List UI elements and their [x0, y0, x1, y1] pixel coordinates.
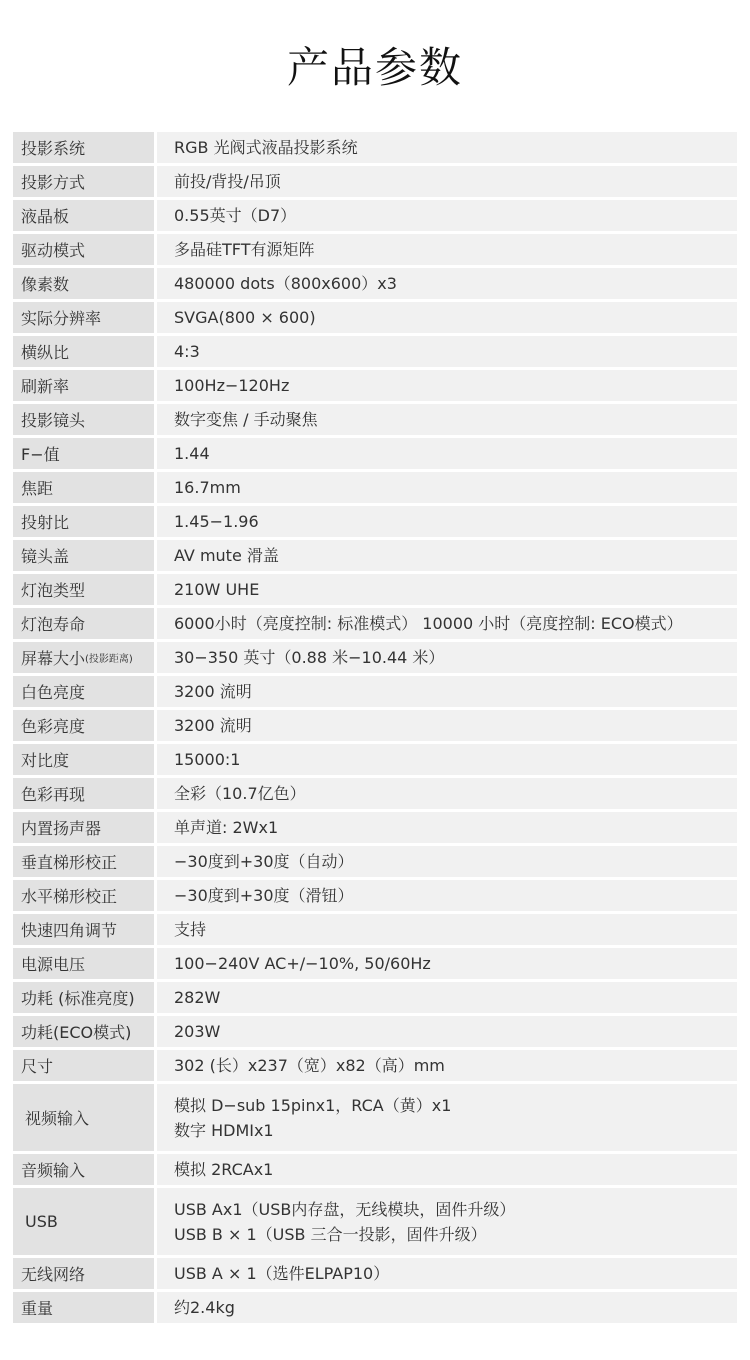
- spec-value-line: 4:3: [174, 339, 737, 364]
- spec-row: 投影镜头数字变焦 / 手动聚焦: [13, 404, 737, 435]
- spec-value: 约2.4kg: [157, 1292, 737, 1323]
- spec-label: 快速四角调节: [13, 914, 154, 945]
- spec-value: USB A × 1（选件ELPAP10）: [157, 1258, 737, 1289]
- spec-label-text: 功耗(ECO模式): [21, 1020, 131, 1043]
- spec-label: 刷新率: [13, 370, 154, 401]
- spec-value-line: 100Hz−120Hz: [174, 373, 737, 398]
- spec-value: 100Hz−120Hz: [157, 370, 737, 401]
- spec-row: 横纵比4:3: [13, 336, 737, 367]
- spec-label: 功耗(ECO模式): [13, 1016, 154, 1047]
- spec-value-line: 单声道: 2Wx1: [174, 815, 737, 840]
- spec-value-line: 6000小时（亮度控制: 标准模式） 10000 小时（亮度控制: ECO模式）: [174, 611, 737, 636]
- spec-row: 投影系统RGB 光阀式液晶投影系统: [13, 132, 737, 163]
- spec-label: 无线网络: [13, 1258, 154, 1289]
- spec-row: 像素数480000 dots（800x600）x3: [13, 268, 737, 299]
- spec-value: 1.44: [157, 438, 737, 469]
- spec-label-text: 水平梯形校正: [21, 884, 117, 907]
- spec-value-line: SVGA(800 × 600): [174, 305, 737, 330]
- spec-label-text: 白色亮度: [21, 680, 85, 703]
- spec-label: 尺寸: [13, 1050, 154, 1081]
- spec-value: SVGA(800 × 600): [157, 302, 737, 333]
- spec-row: 焦距16.7mm: [13, 472, 737, 503]
- spec-row: 对比度15000:1: [13, 744, 737, 775]
- spec-label: 内置扬声器: [13, 812, 154, 843]
- spec-label: 电源电压: [13, 948, 154, 979]
- spec-row: 电源电压100−240V AC+/−10%, 50/60Hz: [13, 948, 737, 979]
- spec-label-text: 视频输入: [25, 1106, 89, 1129]
- spec-label: 液晶板: [13, 200, 154, 231]
- spec-label-text: 对比度: [21, 748, 69, 771]
- spec-row: 屏幕大小(投影距离)30−350 英寸（0.88 米−10.44 米）: [13, 642, 737, 673]
- spec-value: 3200 流明: [157, 676, 737, 707]
- spec-label: 横纵比: [13, 336, 154, 367]
- spec-label: F−值: [13, 438, 154, 469]
- spec-value: 单声道: 2Wx1: [157, 812, 737, 843]
- spec-label: 驱动模式: [13, 234, 154, 265]
- spec-value: AV mute 滑盖: [157, 540, 737, 571]
- spec-label: 投射比: [13, 506, 154, 537]
- spec-value: RGB 光阀式液晶投影系统: [157, 132, 737, 163]
- spec-label-text: 音频输入: [21, 1158, 85, 1181]
- spec-table: 投影系统RGB 光阀式液晶投影系统投影方式前投/背投/吊顶液晶板0.55英寸（D…: [13, 132, 737, 1326]
- spec-value-line: 3200 流明: [174, 679, 737, 704]
- spec-label-text: 投影系统: [21, 136, 85, 159]
- spec-label-text: 屏幕大小: [21, 646, 85, 669]
- spec-label-text: 镜头盖: [21, 544, 69, 567]
- spec-value-line: 15000:1: [174, 747, 737, 772]
- spec-value-line: 0.55英寸（D7）: [174, 203, 737, 228]
- spec-value: 1.45−1.96: [157, 506, 737, 537]
- spec-label: 实际分辨率: [13, 302, 154, 333]
- spec-row: 内置扬声器单声道: 2Wx1: [13, 812, 737, 843]
- spec-value: 0.55英寸（D7）: [157, 200, 737, 231]
- spec-label-note: (投影距离): [85, 650, 133, 665]
- spec-row: 投影方式前投/背投/吊顶: [13, 166, 737, 197]
- spec-value-line: 1.45−1.96: [174, 509, 737, 534]
- spec-label-text: 色彩再现: [21, 782, 85, 805]
- spec-label: 焦距: [13, 472, 154, 503]
- spec-label-text: 横纵比: [21, 340, 69, 363]
- spec-value-line: 30−350 英寸（0.88 米−10.44 米）: [174, 645, 737, 670]
- spec-row: 白色亮度3200 流明: [13, 676, 737, 707]
- spec-value-line: 多晶硅TFT有源矩阵: [174, 237, 737, 262]
- spec-label-text: 快速四角调节: [21, 918, 117, 941]
- spec-value-line: USB B × 1（USB 三合一投影，固件升级）: [174, 1222, 737, 1247]
- spec-row: 色彩亮度3200 流明: [13, 710, 737, 741]
- spec-label: 投影镜头: [13, 404, 154, 435]
- spec-label-text: 投影镜头: [21, 408, 85, 431]
- spec-label-text: 重量: [21, 1296, 53, 1319]
- spec-label: 水平梯形校正: [13, 880, 154, 911]
- spec-value: 210W UHE: [157, 574, 737, 605]
- spec-label-text: 尺寸: [21, 1054, 53, 1077]
- spec-row: 尺寸302 (长）x237（宽）x82（高）mm: [13, 1050, 737, 1081]
- spec-value-line: AV mute 滑盖: [174, 543, 737, 568]
- spec-value: 模拟 2RCAx1: [157, 1154, 737, 1185]
- spec-value: 282W: [157, 982, 737, 1013]
- spec-row: 快速四角调节支持: [13, 914, 737, 945]
- spec-value-line: USB A × 1（选件ELPAP10）: [174, 1261, 737, 1286]
- spec-row: 液晶板0.55英寸（D7）: [13, 200, 737, 231]
- spec-value: 支持: [157, 914, 737, 945]
- spec-label: 对比度: [13, 744, 154, 775]
- spec-value-line: 支持: [174, 917, 737, 942]
- spec-value: 多晶硅TFT有源矩阵: [157, 234, 737, 265]
- spec-value: 3200 流明: [157, 710, 737, 741]
- spec-value-line: 1.44: [174, 441, 737, 466]
- spec-label-text: F−值: [21, 442, 60, 465]
- spec-label: 灯泡类型: [13, 574, 154, 605]
- spec-value: 480000 dots（800x600）x3: [157, 268, 737, 299]
- spec-value-line: 前投/背投/吊顶: [174, 169, 737, 194]
- spec-value: −30度到+30度（自动）: [157, 846, 737, 877]
- spec-label-text: 投影方式: [21, 170, 85, 193]
- spec-row: 功耗 (标准亮度)282W: [13, 982, 737, 1013]
- spec-value: 302 (长）x237（宽）x82（高）mm: [157, 1050, 737, 1081]
- spec-label-text: 刷新率: [21, 374, 69, 397]
- spec-value-line: 100−240V AC+/−10%, 50/60Hz: [174, 951, 737, 976]
- spec-label-text: 垂直梯形校正: [21, 850, 117, 873]
- spec-label: 重量: [13, 1292, 154, 1323]
- spec-value-line: 约2.4kg: [174, 1295, 737, 1320]
- spec-row: 音频输入模拟 2RCAx1: [13, 1154, 737, 1185]
- spec-row: 视频输入模拟 D−sub 15pinx1，RCA（黄）x1数字 HDMIx1: [13, 1084, 737, 1151]
- spec-row: 灯泡类型210W UHE: [13, 574, 737, 605]
- page-title: 产品参数: [0, 40, 750, 96]
- spec-value-line: 203W: [174, 1019, 737, 1044]
- spec-value: 16.7mm: [157, 472, 737, 503]
- spec-row: 重量约2.4kg: [13, 1292, 737, 1323]
- spec-row: 投射比1.45−1.96: [13, 506, 737, 537]
- spec-label: 灯泡寿命: [13, 608, 154, 639]
- spec-label-text: 实际分辨率: [21, 306, 101, 329]
- spec-value: 数字变焦 / 手动聚焦: [157, 404, 737, 435]
- spec-label-text: 电源电压: [21, 952, 85, 975]
- spec-label: 像素数: [13, 268, 154, 299]
- spec-label-text: 功耗 (标准亮度): [21, 986, 135, 1009]
- spec-label-text: USB: [25, 1212, 58, 1231]
- spec-value-line: 282W: [174, 985, 737, 1010]
- spec-value: 30−350 英寸（0.88 米−10.44 米）: [157, 642, 737, 673]
- spec-value: 4:3: [157, 336, 737, 367]
- spec-label-text: 内置扬声器: [21, 816, 101, 839]
- spec-row: 实际分辨率SVGA(800 × 600): [13, 302, 737, 333]
- spec-label-text: 焦距: [21, 476, 53, 499]
- spec-value-line: −30度到+30度（滑钮）: [174, 883, 737, 908]
- spec-value: 模拟 D−sub 15pinx1，RCA（黄）x1数字 HDMIx1: [157, 1084, 737, 1151]
- spec-value-line: 模拟 D−sub 15pinx1，RCA（黄）x1: [174, 1093, 737, 1118]
- spec-value-line: 210W UHE: [174, 577, 737, 602]
- spec-value-line: USB Ax1（USB内存盘，无线模块，固件升级）: [174, 1197, 737, 1222]
- spec-value-line: 16.7mm: [174, 475, 737, 500]
- spec-value: 203W: [157, 1016, 737, 1047]
- spec-label: 投影方式: [13, 166, 154, 197]
- spec-label: 屏幕大小(投影距离): [13, 642, 154, 673]
- spec-value-line: 全彩（10.7亿色）: [174, 781, 737, 806]
- spec-label: 音频输入: [13, 1154, 154, 1185]
- spec-value-line: 数字 HDMIx1: [174, 1118, 737, 1143]
- spec-row: 功耗(ECO模式)203W: [13, 1016, 737, 1047]
- spec-label: 色彩再现: [13, 778, 154, 809]
- spec-label: 白色亮度: [13, 676, 154, 707]
- spec-row: F−值1.44: [13, 438, 737, 469]
- spec-label-text: 液晶板: [21, 204, 69, 227]
- spec-row: 垂直梯形校正−30度到+30度（自动）: [13, 846, 737, 877]
- spec-value: −30度到+30度（滑钮）: [157, 880, 737, 911]
- spec-value-line: 480000 dots（800x600）x3: [174, 271, 737, 296]
- spec-label-text: 色彩亮度: [21, 714, 85, 737]
- spec-label-text: 像素数: [21, 272, 69, 295]
- spec-value-line: 302 (长）x237（宽）x82（高）mm: [174, 1053, 737, 1078]
- spec-row: 无线网络USB A × 1（选件ELPAP10）: [13, 1258, 737, 1289]
- spec-label: 投影系统: [13, 132, 154, 163]
- spec-label-text: 无线网络: [21, 1262, 85, 1285]
- spec-label: USB: [13, 1188, 154, 1255]
- spec-value: 15000:1: [157, 744, 737, 775]
- spec-label-text: 投射比: [21, 510, 69, 533]
- spec-row: 驱动模式多晶硅TFT有源矩阵: [13, 234, 737, 265]
- spec-label-text: 驱动模式: [21, 238, 85, 261]
- spec-value-line: RGB 光阀式液晶投影系统: [174, 135, 737, 160]
- spec-row: 色彩再现全彩（10.7亿色）: [13, 778, 737, 809]
- spec-value: 前投/背投/吊顶: [157, 166, 737, 197]
- spec-value: 100−240V AC+/−10%, 50/60Hz: [157, 948, 737, 979]
- spec-label-text: 灯泡寿命: [21, 612, 85, 635]
- spec-label: 色彩亮度: [13, 710, 154, 741]
- spec-row: 镜头盖AV mute 滑盖: [13, 540, 737, 571]
- spec-value: 全彩（10.7亿色）: [157, 778, 737, 809]
- spec-label: 功耗 (标准亮度): [13, 982, 154, 1013]
- spec-label: 视频输入: [13, 1084, 154, 1151]
- spec-value: 6000小时（亮度控制: 标准模式） 10000 小时（亮度控制: ECO模式）: [157, 608, 737, 639]
- spec-value-line: 数字变焦 / 手动聚焦: [174, 407, 737, 432]
- spec-value-line: 模拟 2RCAx1: [174, 1157, 737, 1182]
- spec-row: 水平梯形校正−30度到+30度（滑钮）: [13, 880, 737, 911]
- spec-value-line: −30度到+30度（自动）: [174, 849, 737, 874]
- spec-row: 灯泡寿命6000小时（亮度控制: 标准模式） 10000 小时（亮度控制: EC…: [13, 608, 737, 639]
- spec-row: USBUSB Ax1（USB内存盘，无线模块，固件升级）USB B × 1（US…: [13, 1188, 737, 1255]
- spec-label: 垂直梯形校正: [13, 846, 154, 877]
- spec-label-text: 灯泡类型: [21, 578, 85, 601]
- spec-label: 镜头盖: [13, 540, 154, 571]
- spec-value: USB Ax1（USB内存盘，无线模块，固件升级）USB B × 1（USB 三…: [157, 1188, 737, 1255]
- spec-value-line: 3200 流明: [174, 713, 737, 738]
- spec-row: 刷新率100Hz−120Hz: [13, 370, 737, 401]
